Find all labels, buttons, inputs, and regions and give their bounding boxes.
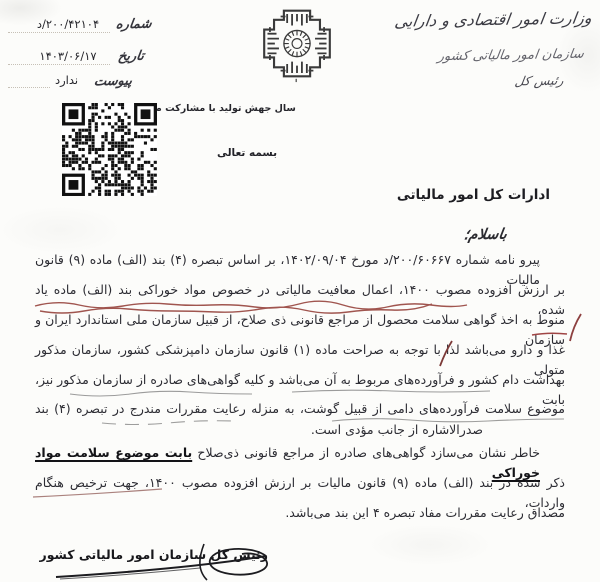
ministry-name: وزارت امور اقتصادی و دارایی [394, 8, 594, 30]
basmala: بسمه تعالی [172, 147, 322, 159]
salutation-text: باسلام؛ [463, 227, 508, 244]
body-line-1: پیرو نامه شماره ۲۰۰/۶۰۶۶۷/د مورخ ۱۴۰۲/۰۹… [35, 250, 565, 274]
p2-normal-text: خاطر نشان می‌سازد گواهی‌های صادره از مرا… [192, 445, 540, 460]
body-line-8: خاطر نشان می‌سازد گواهی‌های صادره از مرا… [35, 443, 565, 467]
signature-title: رئیس کل سازمان امور مالیاتی کشور [88, 547, 268, 562]
attachment-value: ندارد [55, 73, 78, 87]
addressee: ادارات کل امور مالیاتی [397, 187, 550, 203]
number-value: ۲۰۰/۴۲۱۰۴/د [22, 17, 114, 31]
body-line-5: بهداشت دام کشور و فرآورده‌های مربوط به آ… [35, 370, 565, 394]
date-leader-dots [8, 63, 110, 65]
number-field-row: شماره [116, 13, 151, 32]
red-slash-1 [570, 314, 581, 341]
body-line-10: مصداق رعایت مقررات مفاد تبصره ۴ این بند … [35, 503, 565, 527]
year-slogan: سال جهش تولید با مشارکت مردم [132, 103, 302, 114]
organization-name: سازمان امور مالیاتی کشور [437, 47, 585, 65]
body-line-3: منوط به اخذ گواهی سلامت محصول از مراجع ق… [35, 310, 565, 334]
number-label: شماره [115, 17, 153, 33]
letterhead-line-1: وزارت امور اقتصادی و دارایی [395, 10, 592, 29]
attachment-label: پیوست [93, 74, 133, 90]
letterhead-line-3: رئیس کل [515, 70, 564, 89]
body-line-9: ذکر شده در بند (الف) ماده (۹) قانون مالی… [35, 473, 565, 497]
salutation: باسلام؛ [464, 224, 507, 243]
scanned-letter-page: { "header": { "fields": { "number_label"… [0, 0, 600, 582]
body-line-7: صدرالاشاره از جانب مؤدی است. [35, 420, 565, 444]
body-line-2: بر ارزش افزوده مصوب ۱۴۰۰، اعمال معافیت م… [35, 280, 565, 304]
attachment-leader-dots [8, 86, 50, 88]
date-label: تاریخ [117, 49, 145, 64]
office-title: رئیس کل [514, 73, 565, 89]
letterhead-line-2: سازمان امور مالیاتی کشور [438, 44, 584, 63]
body-line-4: غذا و دارو می‌باشد لذا با توجه به صراحت … [35, 340, 565, 364]
number-leader-dots [8, 31, 110, 33]
qr-code [62, 103, 157, 196]
national-emblem-icon [252, 5, 342, 87]
date-value: ۱۴۰۳/۰۶/۱۷ [26, 49, 110, 63]
attachment-field-row: پیوست [94, 70, 132, 89]
date-field-row: تاریخ [118, 45, 144, 64]
